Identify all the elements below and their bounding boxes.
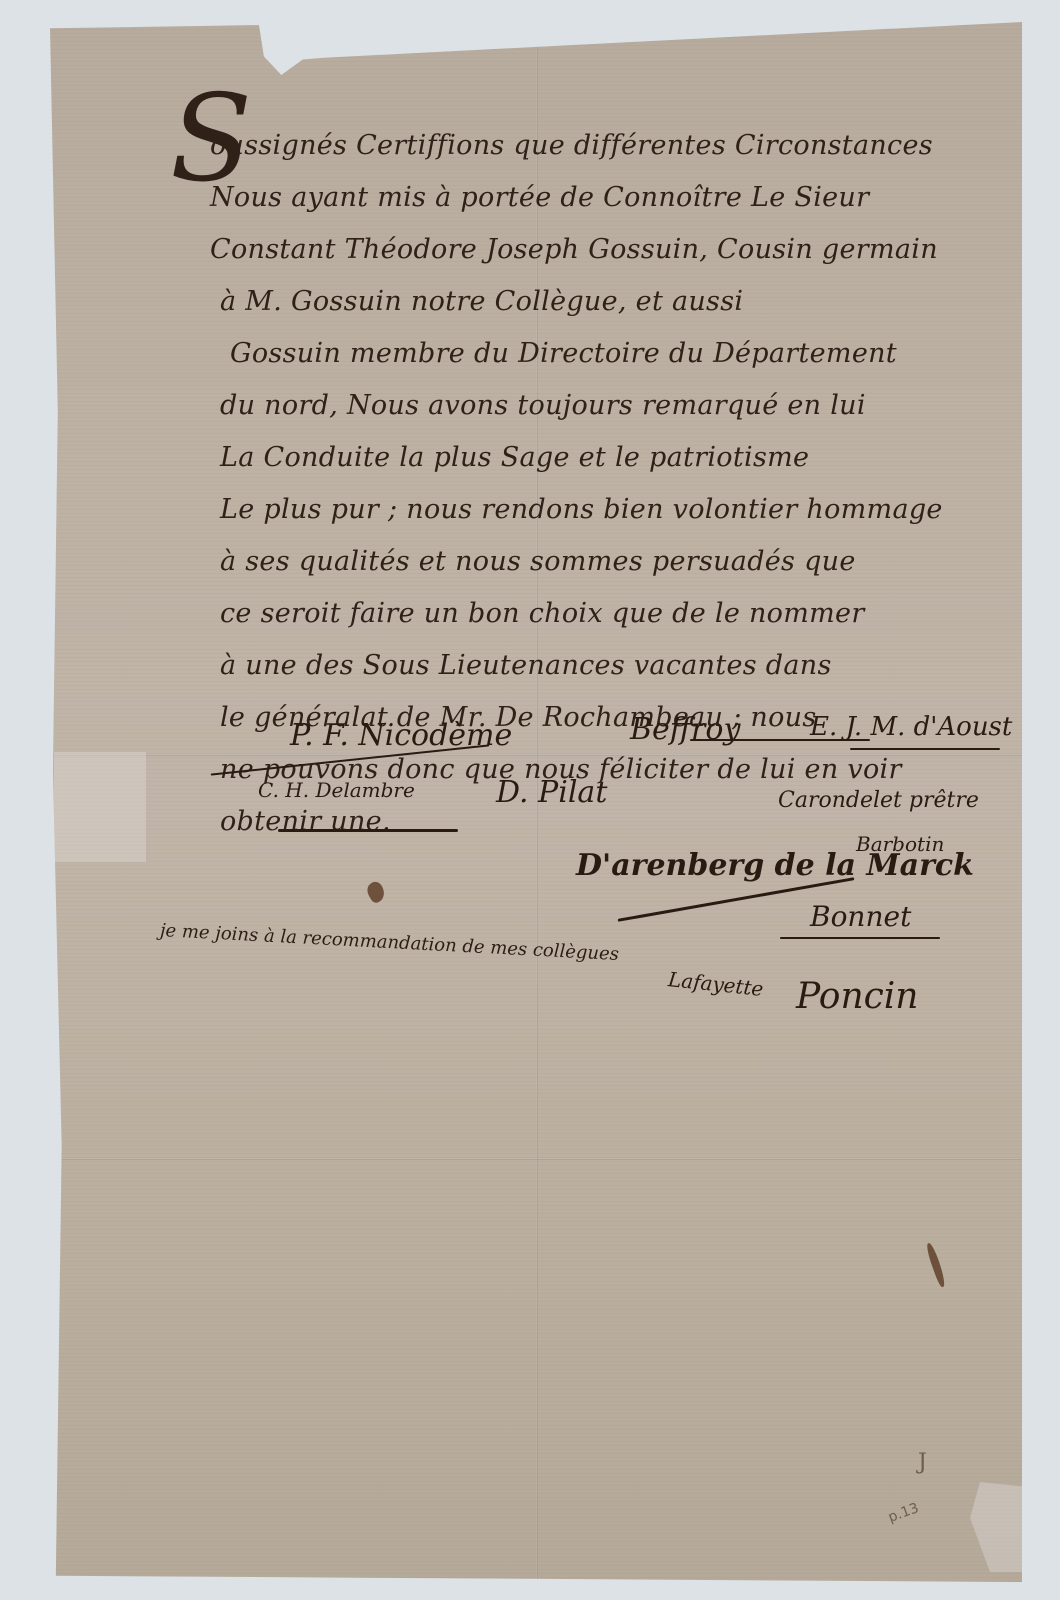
ink-stain [364, 879, 388, 904]
signature-poncin: Poncin [796, 976, 918, 1017]
initial-letter: S [170, 80, 252, 200]
signature-delambre: C. H. Delambre [258, 778, 415, 802]
signature-pilat: D. Pilat [496, 775, 607, 810]
signature-carondelet: Carondelet prêtre [778, 788, 979, 813]
body-line: oussignés Certiffions que différentes Ci… [210, 120, 990, 172]
ink-stain [924, 1242, 947, 1288]
signature-darenberg: D'arenberg de la Marck [576, 848, 974, 883]
body-line: ce seroit faire un bon choix que de le n… [210, 588, 990, 640]
body-line: à une des Sous Lieutenances vacantes dan… [210, 640, 990, 692]
archival-mark: J [918, 1450, 927, 1475]
body-line: à ses qualités et nous sommes persuadés … [210, 536, 990, 588]
worn-corner [970, 1482, 1060, 1572]
signature-bonnet: Bonnet [810, 900, 911, 933]
body-line: Nous ayant mis à portée de Connoître Le … [210, 172, 990, 224]
body-line: du nord, Nous avons toujours remarqué en… [210, 380, 990, 432]
body-line: Constant Théodore Joseph Gossuin, Cousin… [210, 224, 990, 276]
horizontal-fold-crease [50, 1158, 1022, 1161]
body-line: La Conduite la plus Sage et le patriotis… [210, 432, 990, 484]
signature-daoust: E. J. M. d'Aoust [810, 712, 1012, 742]
signature-beffroy: Beffroy [630, 712, 740, 747]
body-line: Gossuin membre du Directoire du Départem… [210, 328, 990, 380]
signature-nicodeme: P. F. Nicodème [290, 718, 512, 753]
body-line: Le plus pur ; nous rendons bien volontie… [210, 484, 990, 536]
repair-tape [54, 752, 146, 862]
body-line: à M. Gossuin notre Collègue, et aussi [210, 276, 990, 328]
